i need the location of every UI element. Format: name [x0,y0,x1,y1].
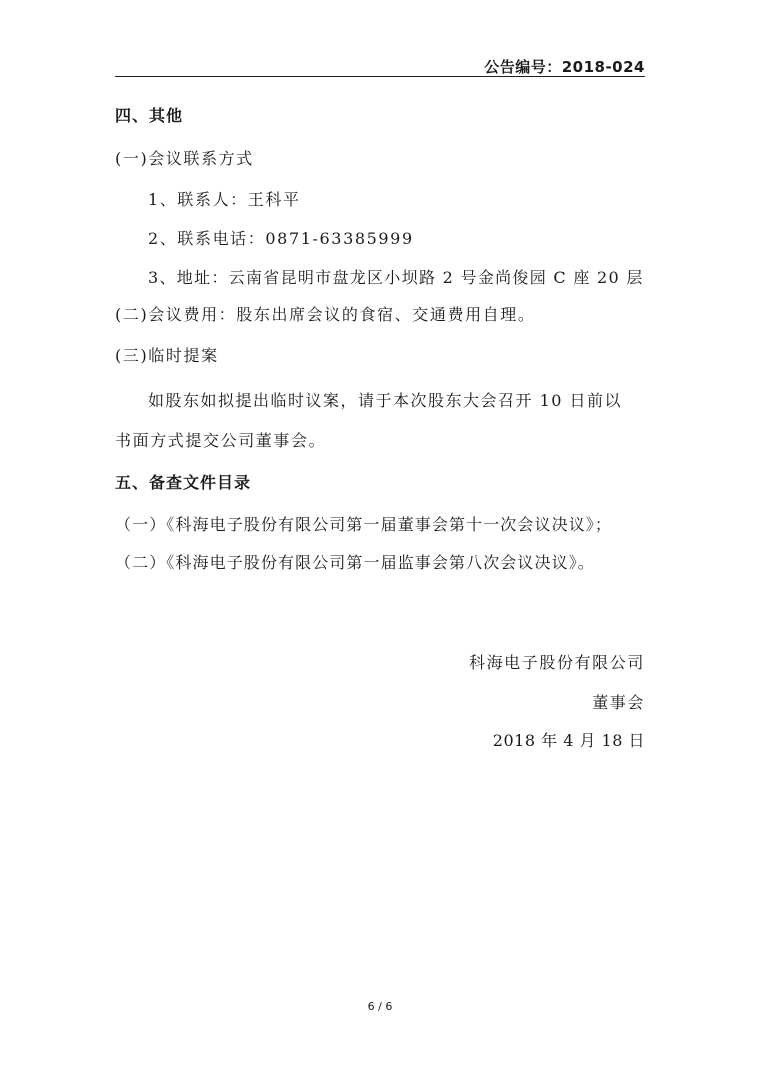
signature-board: 董事会 [592,690,645,713]
reference-doc-2: （二）《科海电子股份有限公司第一届监事会第八次会议决议》。 [115,550,595,573]
temp-proposal-text-1: 如股东如拟提出临时议案，请于本次股东大会召开 10 日前以 [148,388,622,411]
meeting-fees: (二)会议费用：股东出席会议的食宿、交通费用自理。 [115,302,536,325]
contact-person: 1、联系人：王科平 [148,187,301,210]
contact-address: 3、地址：云南省昆明市盘龙区小坝路 2 号金尚俊园 C 座 20 层 [148,265,644,288]
reference-doc-1: （一）《科海电子股份有限公司第一届董事会第十一次会议决议》； [115,512,612,535]
page-number: 6 / 6 [0,1000,760,1013]
temp-proposal-text-2: 书面方式提交公司董事会。 [115,428,326,451]
signature-date: 2018 年 4 月 18 日 [493,728,645,751]
subsection-contact: (一)会议联系方式 [115,146,254,169]
page-header: 公告编号：2018-024 [115,50,645,77]
announcement-number: 公告编号：2018-024 [484,56,645,77]
contact-phone: 2、联系电话：0871-63385999 [148,226,414,249]
signature-company: 科海电子股份有限公司 [469,650,645,673]
subsection-temp-proposal: (三)临时提案 [115,343,219,366]
section-title-reference-docs: 五、备查文件目录 [115,470,251,493]
section-title-other: 四、其他 [115,103,183,126]
